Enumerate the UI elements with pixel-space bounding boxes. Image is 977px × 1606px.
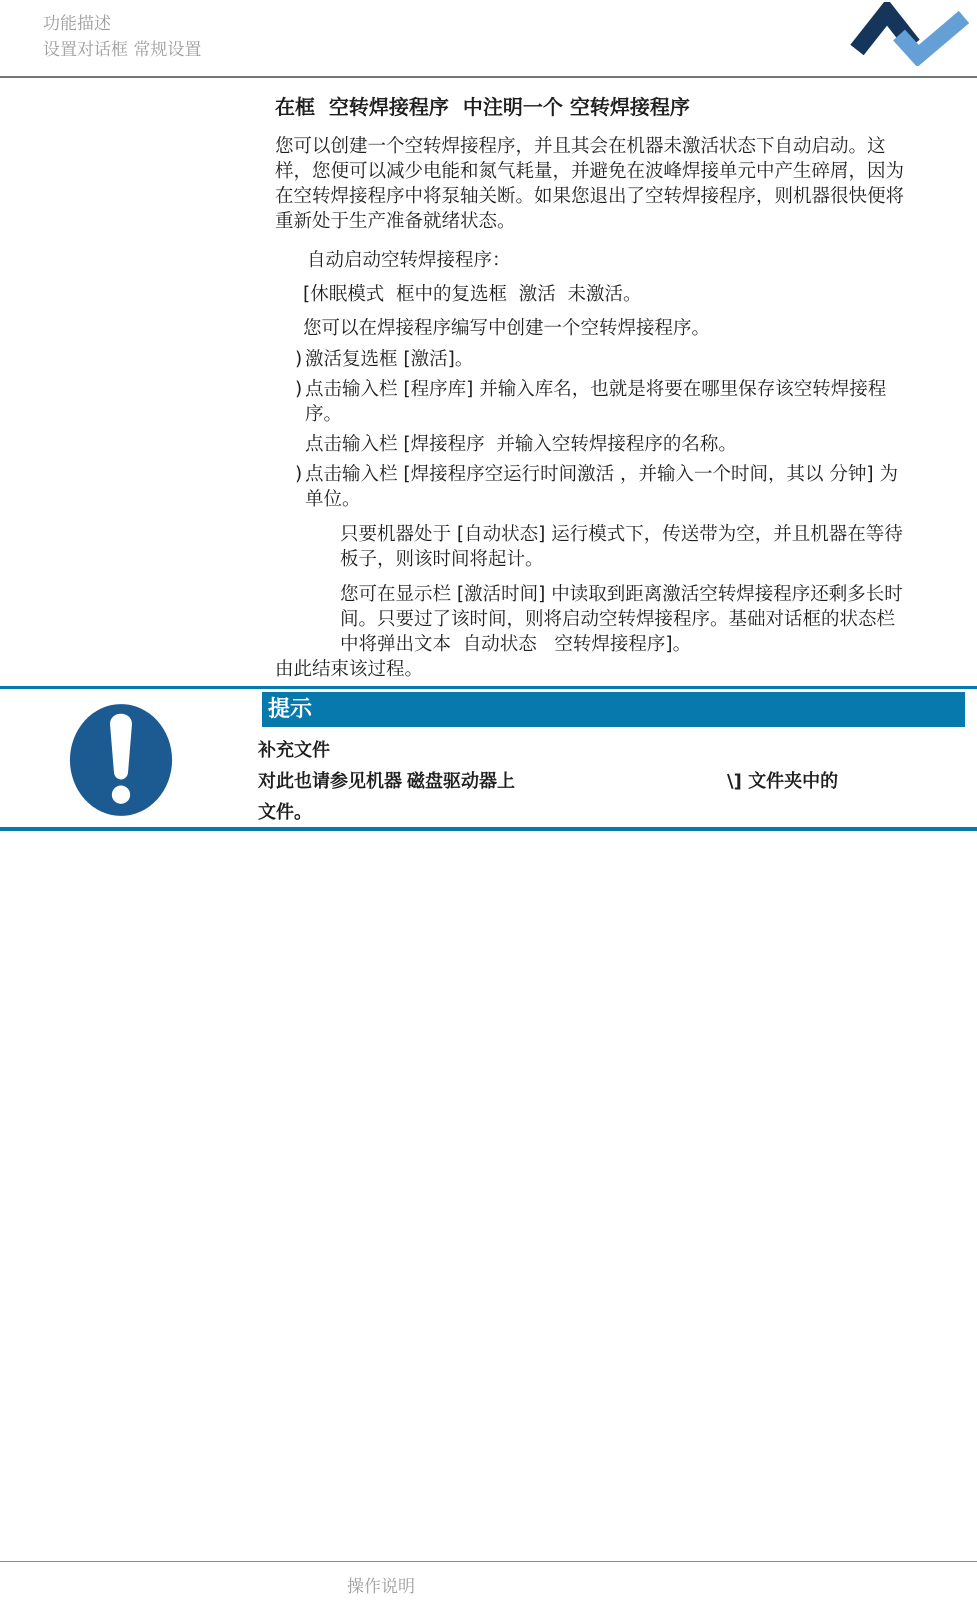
note-reference-part: 对此也请参见机器 <box>258 766 402 797</box>
step-marker: ) <box>295 462 305 512</box>
intro-paragraph: 您可以创建一个空转焊接程序，并且其会在机器未激活状态下自动启动。这 样，您便可以… <box>275 134 965 234</box>
header-doc-title: 功能描述 <box>43 11 201 37</box>
step-item: 点击输入栏 [焊接程序 并输入空转焊接程序的名称。 <box>295 432 965 457</box>
step-marker: ) <box>295 377 305 427</box>
sub-intro-block: 自动启动空转焊接程序： [休眠模式 框中的复选框 激活 未激活。 您可以在焊接程… <box>303 248 965 341</box>
sub-intro-line: 自动启动空转焊接程序： <box>307 248 965 273</box>
note-reference-part: 磁盘驱动器上 <box>407 766 515 797</box>
step-explanations: 只要机器处于 [自动状态] 运行模式下，传送带为空，并且机器在等待 板子，则该时… <box>340 522 965 657</box>
note-subtitle: 补充文件 <box>258 735 958 766</box>
step-marker <box>295 432 305 457</box>
note-reference-part: \] 文件夹中的 <box>727 766 838 797</box>
footer-divider <box>0 1561 977 1562</box>
brand-checkmark-logo-icon <box>850 2 972 66</box>
step-item: ) 点击输入栏 [焊接程序空运行时间激活 ，并输入一个时间，其以 分钟] 为 单… <box>295 462 965 512</box>
section-heading: 在框 空转焊接程序 中注明一个 空转焊接程序 <box>275 94 965 121</box>
step-text: 激活复选框 [激活]。 <box>305 347 473 372</box>
step-text: 点击输入栏 [焊接程序空运行时间激活 ，并输入一个时间，其以 分钟] 为 单位。 <box>305 462 898 512</box>
main-content: 在框 空转焊接程序 中注明一个 空转焊接程序 您可以创建一个空转焊接程序，并且其… <box>275 94 965 682</box>
step-text: 点击输入栏 [程序库] 并输入库名，也就是将要在哪里保存该空转焊接程 序。 <box>305 377 886 427</box>
note-top-rule <box>0 686 977 689</box>
header-doc-subtitle: 设置对话框 常规设置 <box>43 37 201 63</box>
step-item: ) 点击输入栏 [程序库] 并输入库名，也就是将要在哪里保存该空转焊接程 序。 <box>295 377 965 427</box>
step-item: ) 激活复选框 [激活]。 <box>295 347 965 372</box>
note-body: 补充文件 对此也请参见机器 磁盘驱动器上 \] 文件夹中的 文件。 <box>258 735 958 828</box>
step-text: 点击输入栏 [焊接程序 并输入空转焊接程序的名称。 <box>305 432 737 457</box>
mandatory-exclamation-icon <box>68 701 174 819</box>
sub-intro-line: [休眠模式 框中的复选框 激活 未激活。 <box>303 282 965 307</box>
explanation-paragraph: 您可在显示栏 [激活时间] 中读取到距离激活空转焊接程序还剩多长时 间。只要过了… <box>340 582 965 657</box>
sub-intro-line: 您可以在焊接程序编写中创建一个空转焊接程序。 <box>303 316 965 341</box>
note-icon-exclamation-dot <box>112 786 130 804</box>
note-reference-end: 文件。 <box>258 797 958 828</box>
footer-label: 操作说明 <box>347 1572 415 1597</box>
note-title-bar: 提示 <box>262 692 965 727</box>
note-bottom-rule <box>0 827 977 831</box>
closing-line: 由此结束该过程。 <box>275 657 965 682</box>
note-reference-line: 对此也请参见机器 磁盘驱动器上 \] 文件夹中的 <box>258 766 958 797</box>
note-title: 提示 <box>262 692 965 727</box>
document-page: 功能描述 设置对话框 常规设置 在框 空转焊接程序 中注明一个 空转焊接程序 您… <box>0 0 977 1606</box>
step-marker: ) <box>295 347 305 372</box>
logo-light-check <box>899 17 964 56</box>
step-list: ) 激活复选框 [激活]。 ) 点击输入栏 [程序库] 并输入库名，也就是将要在… <box>295 347 965 512</box>
header-divider <box>0 76 977 78</box>
explanation-paragraph: 只要机器处于 [自动状态] 运行模式下，传送带为空，并且机器在等待 板子，则该时… <box>340 522 965 572</box>
page-header: 功能描述 设置对话框 常规设置 <box>43 11 201 63</box>
